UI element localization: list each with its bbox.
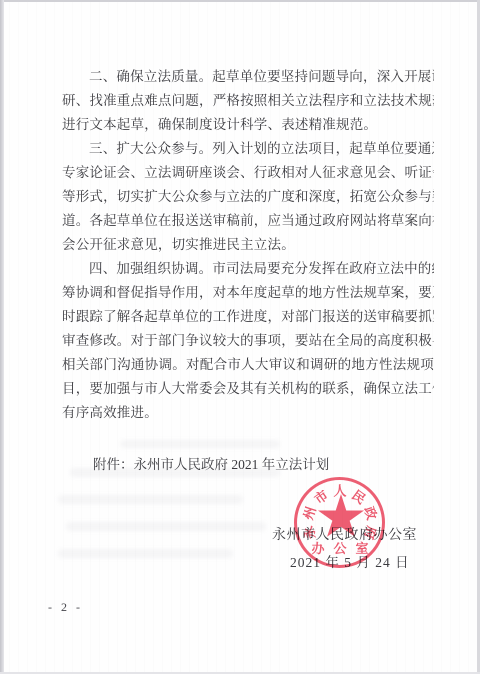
- seal-arc-char: 民: [349, 485, 371, 508]
- body-text-line: 等形式，切实扩大公众参与立法的广度和深度，拓宽公众参与渠: [62, 185, 434, 209]
- seal-arc-char: 州: [298, 504, 320, 522]
- scanned-document-page: 二、确保立法质量。起草单位要坚持问题导向，深入开展调研、找准重点难点问题，严格按…: [0, 0, 480, 674]
- body-text-line: 专家论证会、立法调研座谈会、行政相对人征求意见会、听证会: [62, 161, 434, 185]
- attachment-line: 附件：永州市人民政府 2021 年立法计划: [62, 453, 434, 477]
- seal-arc-char: 政: [360, 504, 382, 522]
- page-number: - 2 -: [48, 600, 83, 615]
- seal-bottom-text: 办公室: [294, 538, 386, 557]
- seal-arc-char: 人: [333, 481, 346, 500]
- bleed-through-smudge: [120, 440, 280, 448]
- body-text-line: 会公开征求意见，切实推进民主立法。: [62, 233, 434, 257]
- bleed-through-smudge: [58, 495, 243, 504]
- body-text-line: 目，要加强与市人大常委会及其有关机构的联系，确保立法工作: [62, 377, 434, 401]
- document-body: 二、确保立法质量。起草单位要坚持问题导向，深入开展调研、找准重点难点问题，严格按…: [62, 65, 434, 425]
- seal-arc-char: 市: [310, 485, 332, 508]
- body-text-line: 有序高效推进。: [62, 401, 434, 425]
- scan-edge-top: [0, 0, 480, 2]
- body-text-line: 三、扩大公众参与。列入计划的立法项目，起草单位要通过: [62, 137, 434, 161]
- bleed-through-smudge: [58, 549, 233, 558]
- body-text-line: 审查修改。对于部门争议较大的事项，要站在全局的高度积极与: [62, 329, 434, 353]
- body-text-line: 相关部门沟通协调。对配合市人大审议和调研的地方性法规项: [62, 353, 434, 377]
- body-text-line: 研、找准重点难点问题，严格按照相关立法程序和立法技术规范: [62, 89, 434, 113]
- body-text-line: 时跟踪了解各起草单位的工作进度，对部门报送的送审稿要抓紧: [62, 305, 434, 329]
- body-text-line: 二、确保立法质量。起草单位要坚持问题导向，深入开展调: [62, 65, 434, 89]
- body-text-line: 四、加强组织协调。市司法局要充分发挥在政府立法中的统: [62, 257, 434, 281]
- body-text-line: 道。各起草单位在报送送审稿前，应当通过政府网站将草案向社: [62, 209, 434, 233]
- official-seal: 永州市人民政府 办公室: [294, 477, 386, 569]
- scan-edge-left: [0, 0, 4, 674]
- body-text-line: 筹协调和督促指导作用，对本年度起草的地方性法规草案，要及: [62, 281, 434, 305]
- body-text-line: 进行文本起草，确保制度设计科学、表述精准规范。: [62, 113, 434, 137]
- bleed-through-smudge: [66, 522, 266, 531]
